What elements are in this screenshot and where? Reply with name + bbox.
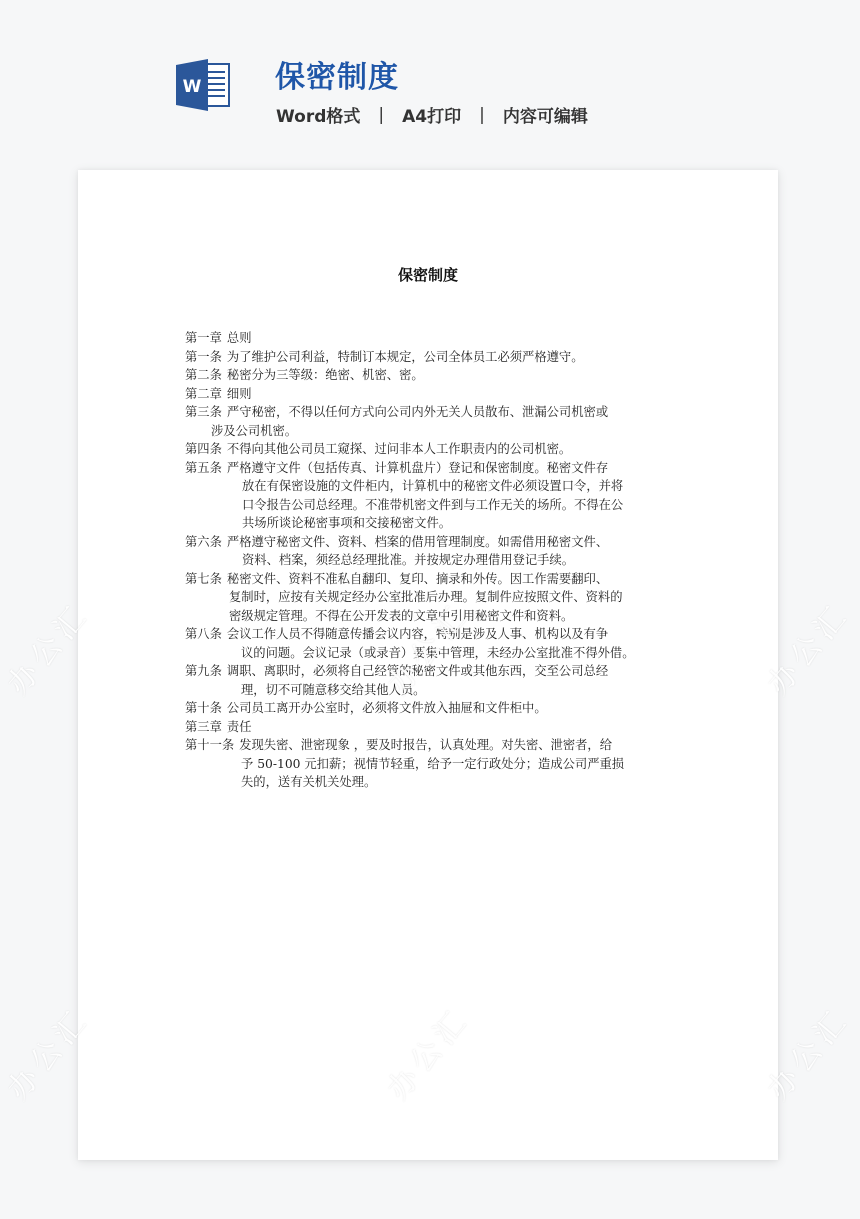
para-label: 第三章 xyxy=(185,720,222,734)
para-text: 严格遵守文件（包括传真、计算机盘片）登记和保密制度。秘密文件存 xyxy=(227,461,608,475)
para-label: 第一章 xyxy=(185,331,222,345)
para-label: 第三条 xyxy=(185,405,222,419)
tag-editable: 内容可编辑 xyxy=(503,102,588,127)
para-text: 秘密分为三等级：绝密、机密、密。 xyxy=(227,368,424,382)
para-label: 第一条 xyxy=(185,350,222,364)
document-page: 保密制度 第一章总则 第一条为了维护公司利益，特制订本规定，公司全体员工必须严格… xyxy=(78,170,778,1160)
article-paragraph: 第一条为了维护公司利益，特制订本规定，公司全体员工必须严格遵守。 xyxy=(185,348,681,367)
chapter-heading: 第一章总则 xyxy=(185,329,681,348)
article-paragraph: 第四条不得向其他公司员工窥探、过问非本人工作职责内的公司机密。 xyxy=(185,440,681,459)
para-text: 总则 xyxy=(227,331,252,345)
para-continuation: 放在有保密设施的文件柜内，计算机中的秘密文件必须设置口令，并将 xyxy=(185,477,681,496)
tag-separator: | xyxy=(479,105,485,125)
para-label: 第二条 xyxy=(185,368,222,382)
para-continuation: 议的问题。会议记录（或录音）要集中管理，未经办公室批准不得外借。 xyxy=(185,644,681,663)
para-continuation: 复制时，应按有关规定经办公室批准后办理。复制件应按照文件、资料的 xyxy=(185,588,681,607)
para-text: 为了维护公司利益，特制订本规定，公司全体员工必须严格遵守。 xyxy=(227,350,584,364)
document-body: 第一章总则 第一条为了维护公司利益，特制订本规定，公司全体员工必须严格遵守。 第… xyxy=(185,329,681,792)
para-text: 细则 xyxy=(227,387,252,401)
para-label: 第十一条 xyxy=(185,738,234,752)
para-text: 秘密文件、资料不准私自翻印、复印、摘录和外传。因工作需要翻印、 xyxy=(227,572,608,586)
para-text: 调职、离职时，必须将自己经管的秘密文件或其他东西，交至公司总经 xyxy=(227,664,608,678)
svg-text:W: W xyxy=(183,77,202,97)
chapter-heading: 第二章细则 xyxy=(185,385,681,404)
article-paragraph: 第九条调职、离职时，必须将自己经管的秘密文件或其他东西，交至公司总经 理，切不可… xyxy=(185,662,681,699)
article-paragraph: 第八条会议工作人员不得随意传播会议内容，特别是涉及人事、机构以及有争 议的问题。… xyxy=(185,625,681,662)
para-label: 第二章 xyxy=(185,387,222,401)
para-label: 第九条 xyxy=(185,664,222,678)
article-paragraph: 第三条严守秘密，不得以任何方式向公司内外无关人员散布、泄漏公司机密或 涉及公司机… xyxy=(185,403,681,440)
article-paragraph: 第十条公司员工离开办公室时，必须将文件放入抽屉和文件柜中。 xyxy=(185,699,681,718)
para-continuation: 涉及公司机密。 xyxy=(185,422,681,441)
para-label: 第六条 xyxy=(185,535,222,549)
para-text: 公司员工离开办公室时，必须将文件放入抽屉和文件柜中。 xyxy=(227,701,547,715)
para-text: 发现失密、泄密现象 ，要及时报告，认真处理。对失密、泄密者，给 xyxy=(239,738,612,752)
para-continuation: 口令报告公司总经理。不准带机密文件到与工作无关的场所。不得在公 xyxy=(185,496,681,515)
para-text: 会议工作人员不得随意传播会议内容，特别是涉及人事、机构以及有争 xyxy=(227,627,608,641)
para-text: 严守秘密，不得以任何方式向公司内外无关人员散布、泄漏公司机密或 xyxy=(227,405,608,419)
para-continuation: 理，切不可随意移交给其他人员。 xyxy=(185,681,681,700)
document-title: 保密制度 xyxy=(78,264,778,285)
para-text: 不得向其他公司员工窥探、过问非本人工作职责内的公司机密。 xyxy=(227,442,571,456)
para-label: 第四条 xyxy=(185,442,222,456)
article-paragraph: 第五条严格遵守文件（包括传真、计算机盘片）登记和保密制度。秘密文件存 放在有保密… xyxy=(185,459,681,533)
header: W 保密制度 Word格式 | A4打印 | 内容可编辑 xyxy=(0,0,860,160)
tag-separator: | xyxy=(378,105,384,125)
para-continuation: 予 50-100 元扣薪；视情节轻重，给予一定行政处分；造成公司严重损 xyxy=(185,755,681,774)
tag-word-format: Word格式 xyxy=(276,102,360,127)
para-continuation: 共场所谈论秘密事项和交接秘密文件。 xyxy=(185,514,681,533)
para-continuation: 密级规定管理。不得在公开发表的文章中引用秘密文件和资料。 xyxy=(185,607,681,626)
para-text: 严格遵守秘密文件、资料、档案的借用管理制度。如需借用秘密文件、 xyxy=(227,535,608,549)
article-paragraph: 第十一条发现失密、泄密现象 ，要及时报告，认真处理。对失密、泄密者，给 予 50… xyxy=(185,736,681,792)
tag-a4-print: A4打印 xyxy=(402,102,461,127)
para-continuation: 失的，送有关机关处理。 xyxy=(185,773,681,792)
header-tags: Word格式 | A4打印 | 内容可编辑 xyxy=(276,102,588,127)
word-document-icon: W xyxy=(175,58,231,112)
para-label: 第十条 xyxy=(185,701,222,715)
para-continuation: 资料、档案，须经总经理批准。并按规定办理借用登记手续。 xyxy=(185,551,681,570)
article-paragraph: 第七条秘密文件、资料不准私自翻印、复印、摘录和外传。因工作需要翻印、 复制时，应… xyxy=(185,570,681,626)
para-label: 第八条 xyxy=(185,627,222,641)
para-label: 第五条 xyxy=(185,461,222,475)
para-label: 第七条 xyxy=(185,572,222,586)
chapter-heading: 第三章责任 xyxy=(185,718,681,737)
para-text: 责任 xyxy=(227,720,252,734)
header-title: 保密制度 xyxy=(275,52,399,96)
article-paragraph: 第六条严格遵守秘密文件、资料、档案的借用管理制度。如需借用秘密文件、 资料、档案… xyxy=(185,533,681,570)
article-paragraph: 第二条秘密分为三等级：绝密、机密、密。 xyxy=(185,366,681,385)
